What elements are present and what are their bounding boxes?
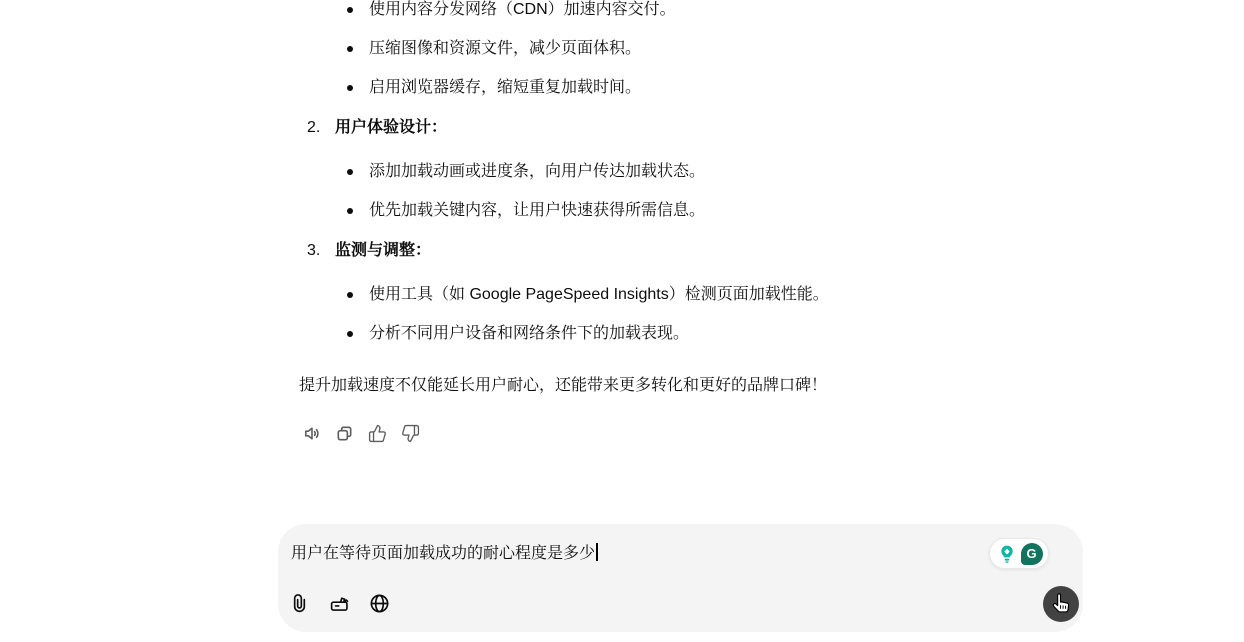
toolbox-button[interactable] [321,585,357,621]
item-number: 2. [307,118,320,138]
grammarly-logo-button[interactable]: G [1021,543,1043,565]
thumbs-down-icon [401,424,420,443]
grammarly-suggestion-button[interactable] [996,543,1018,565]
item-heading: 监测与调整： [335,241,431,261]
chat-page: 使用内容分发网络（CDN）加速内容交付。 压缩图像和资源文件，减少页面体积。 启… [0,0,1244,642]
grammarly-widget: G [989,538,1049,569]
bullet-text: 添加加载动画或进度条，向用户传达加载状态。 [369,162,705,182]
bullet-text: 分析不同用户设备和网络条件下的加载表现。 [369,324,689,344]
bullet-dot [347,7,353,13]
message-input[interactable]: 用户在等待页面加载成功的耐心程度是多少 [291,543,598,564]
composer-toolbar [281,585,397,621]
copy-icon [335,424,354,443]
send-button[interactable] [1043,586,1079,622]
closing-paragraph: 提升加载速度不仅能延长用户耐心，还能带来更多转化和更好的品牌口碑！ [299,376,999,396]
bullet-dot [347,169,353,175]
bullet-dot [347,292,353,298]
grammarly-logo-letter: G [1026,546,1036,561]
item-heading: 用户体验设计： [335,118,447,138]
message-action-bar [298,420,423,446]
item-number: 3. [307,241,320,261]
bullet-dot [347,46,353,52]
bullet-dot [347,85,353,91]
bullet-text: 使用内容分发网络（CDN）加速内容交付。 [369,0,676,20]
globe-icon [369,593,390,614]
bullet-text: 优先加载关键内容，让用户快速获得所需信息。 [369,201,705,221]
thumbs-down-button[interactable] [397,420,423,446]
bullet-dot [347,331,353,337]
input-value: 用户在等待页面加载成功的耐心程度是多少 [291,545,595,562]
thumbs-up-button[interactable] [364,420,390,446]
search-web-button[interactable] [361,585,397,621]
bullet-text: 压缩图像和资源文件，减少页面体积。 [369,39,641,59]
thumbs-up-icon [368,424,387,443]
read-aloud-button[interactable] [298,420,324,446]
bullet-text: 启用浏览器缓存，缩短重复加载时间。 [369,78,641,98]
speaker-icon [302,424,321,443]
paperclip-icon [289,593,310,614]
attach-file-button[interactable] [281,585,317,621]
bullet-dot [347,208,353,214]
composer: 用户在等待页面加载成功的耐心程度是多少 G [278,524,1083,632]
text-caret [596,543,598,561]
bullet-text: 使用工具（如 Google PageSpeed Insights）检测页面加载性… [369,285,829,305]
toolbox-icon [329,593,350,614]
copy-button[interactable] [331,420,357,446]
lightbulb-icon [996,543,1018,565]
